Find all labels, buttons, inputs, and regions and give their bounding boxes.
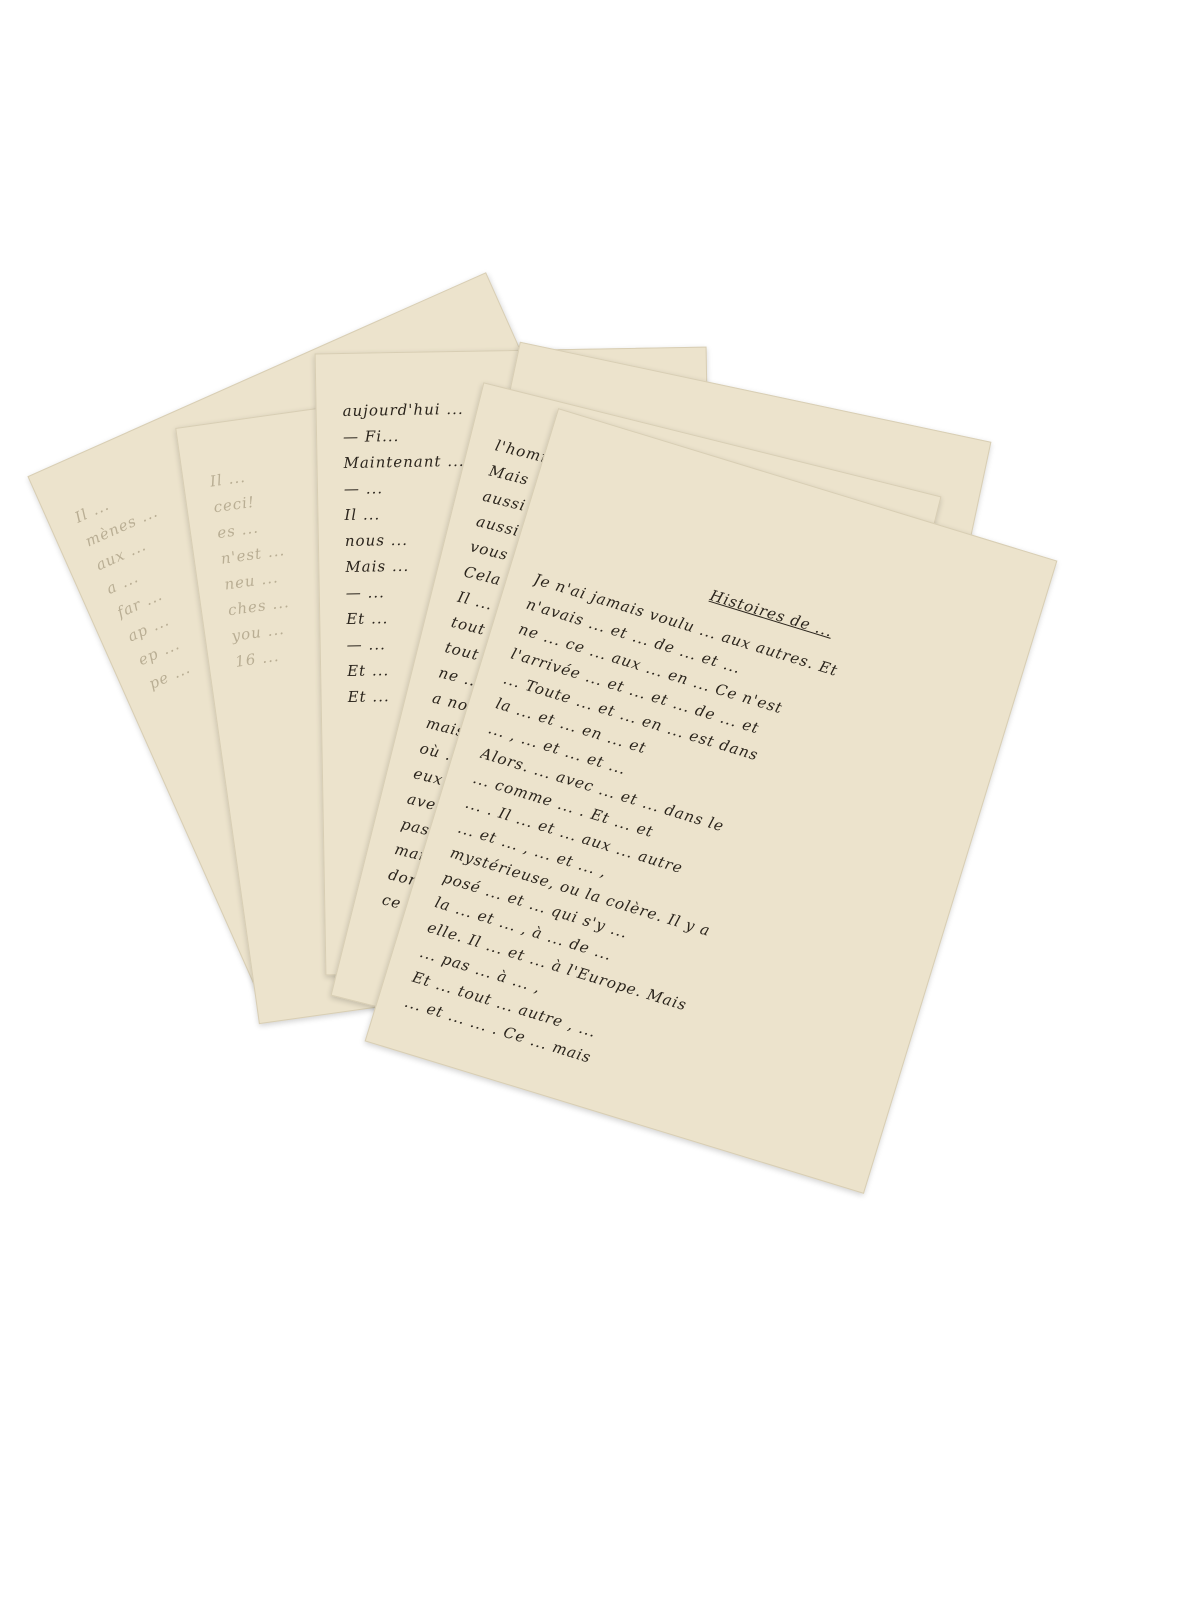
manuscript-photo: Il ... mènes ... aux ... a ... far ... a…	[0, 0, 1200, 1600]
